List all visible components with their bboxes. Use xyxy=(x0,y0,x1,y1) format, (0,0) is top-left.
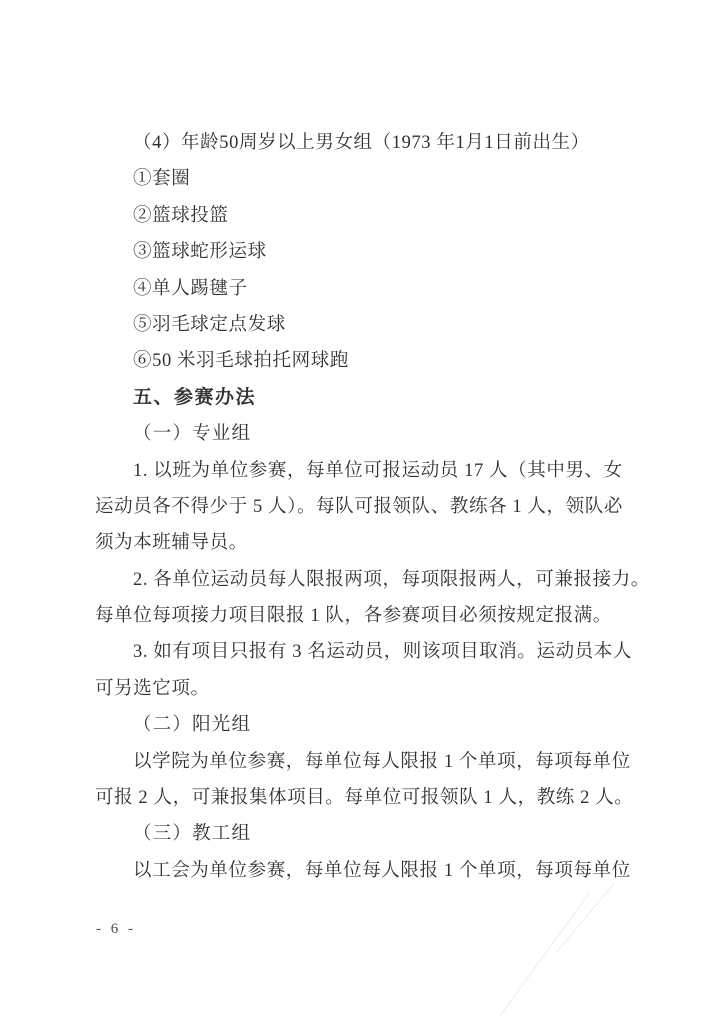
page-number: - 6 - xyxy=(96,921,136,938)
document-page: （4）年龄50周岁以上男女组（1973 年1月1日前出生） ①套圈 ②篮球投篮 … xyxy=(0,0,720,1018)
paragraph-1-line-1: 1. 以班为单位参赛，每单位可报运动员 17 人（其中男、女 xyxy=(95,453,650,489)
paragraph-1-line-3: 须为本班辅导员。 xyxy=(95,525,650,561)
section-heading-5: 五、参赛办法 xyxy=(95,380,650,416)
paragraph-2-line-1: 2. 各单位运动员每人限报两项，每项限报两人，可兼报接力。 xyxy=(95,562,650,598)
document-body: （4）年龄50周岁以上男女组（1973 年1月1日前出生） ①套圈 ②篮球投篮 … xyxy=(95,125,650,889)
subsection-3-heading: （三）教工组 xyxy=(95,816,650,852)
event-item-4: ④单人踢毽子 xyxy=(95,271,650,307)
paragraph-1-line-2: 运动员各不得少于 5 人）。每队可报领队、教练各 1 人，领队必 xyxy=(95,489,650,525)
age-group-heading: （4）年龄50周岁以上男女组（1973 年1月1日前出生） xyxy=(95,125,650,161)
paragraph-4-line-2: 可报 2 人，可兼报集体项目。每单位可报领队 1 人，教练 2 人。 xyxy=(95,780,650,816)
paragraph-3-line-1: 3. 如有项目只报有 3 名运动员，则该项目取消。运动员本人 xyxy=(95,634,650,670)
paragraph-3-line-2: 可另选它项。 xyxy=(95,671,650,707)
scan-artifact-streak xyxy=(500,894,589,1016)
paragraph-2-line-2: 每单位每项接力项目限报 1 队，各参赛项目必须按规定报满。 xyxy=(95,598,650,634)
event-item-3: ③篮球蛇形运球 xyxy=(95,234,650,270)
event-item-6: ⑥50 米羽毛球拍托网球跑 xyxy=(95,343,650,379)
event-item-5: ⑤羽毛球定点发球 xyxy=(95,307,650,343)
scan-artifact-streak xyxy=(556,883,615,953)
event-item-1: ①套圈 xyxy=(95,161,650,197)
event-item-2: ②篮球投篮 xyxy=(95,198,650,234)
paragraph-4-line-1: 以学院为单位参赛，每单位每人限报 1 个单项，每项每单位 xyxy=(95,744,650,780)
subsection-2-heading: （二）阳光组 xyxy=(95,707,650,743)
subsection-1-heading: （一）专业组 xyxy=(95,416,650,452)
paragraph-5-line-1: 以工会为单位参赛，每单位每人限报 1 个单项，每项每单位 xyxy=(95,853,650,889)
